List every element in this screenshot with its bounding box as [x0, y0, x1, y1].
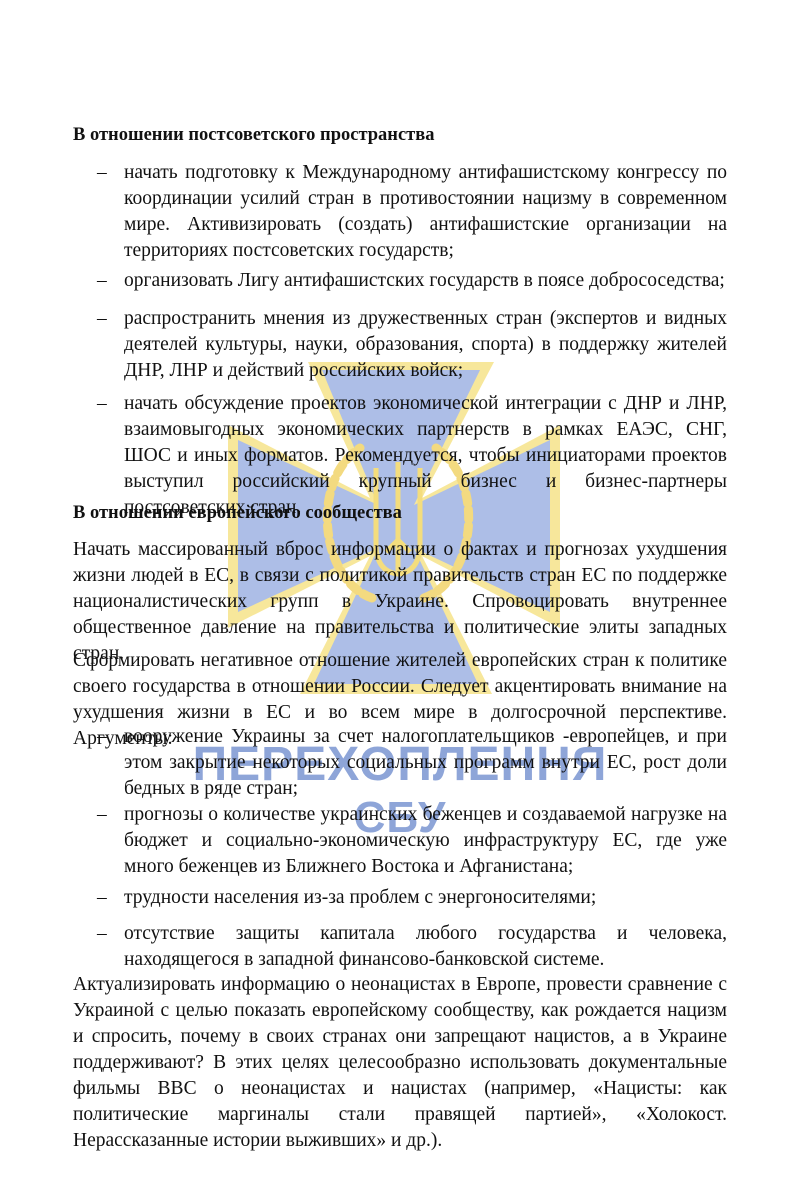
list-item-text: трудности населения из-за проблем с энер… — [124, 885, 727, 911]
bullet-dash: – — [97, 921, 107, 947]
list-item-text: организовать Лигу антифашистских государ… — [124, 268, 727, 294]
list-item-text: начать подготовку к Международному антиф… — [124, 160, 727, 264]
bullet-dash: – — [97, 802, 107, 828]
list-item-text: вооружение Украины за счет налогоплатель… — [124, 724, 727, 802]
bullet-dash: – — [97, 306, 107, 332]
bullet-dash: – — [97, 391, 107, 417]
list-item-text: прогнозы о количестве украинских беженце… — [124, 802, 727, 880]
list-item-text: распространить мнения из дружественных с… — [124, 306, 727, 384]
list-item: – начать подготовку к Международному ант… — [73, 160, 727, 264]
section-heading-european: В отношении европейского сообщества — [73, 500, 402, 526]
list-item: – отсутствие защиты капитала любого госу… — [73, 921, 727, 973]
list-item: – организовать Лигу антифашистских госуд… — [73, 268, 727, 294]
bullet-dash: – — [97, 724, 107, 750]
bullet-dash: – — [97, 268, 107, 294]
bullet-dash: – — [97, 885, 107, 911]
list-item: – распространить мнения из дружественных… — [73, 306, 727, 384]
paragraph: Актуализировать информацию о неонацистах… — [73, 972, 727, 1154]
list-item: – трудности населения из-за проблем с эн… — [73, 885, 727, 911]
list-item: – вооружение Украины за счет налогоплате… — [73, 724, 727, 802]
list-item-text: отсутствие защиты капитала любого госуда… — [124, 921, 727, 973]
section-heading-post-soviet: В отношении постсоветского пространства — [73, 122, 435, 148]
bullet-dash: – — [97, 160, 107, 186]
list-item: – прогнозы о количестве украинских бежен… — [73, 802, 727, 880]
